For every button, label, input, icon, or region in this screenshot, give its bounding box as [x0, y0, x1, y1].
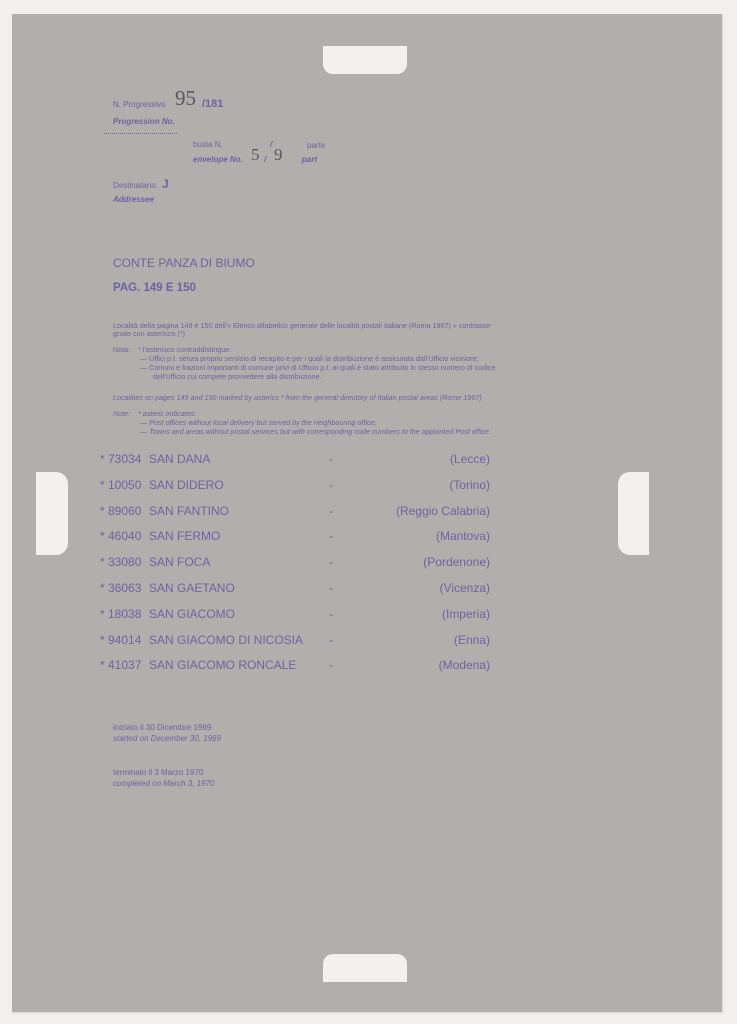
- binder-cutout-bottom: [323, 954, 407, 982]
- started-en: started on December 30, 1969: [113, 734, 221, 743]
- progressivo-total: /181: [202, 98, 223, 110]
- separator: -: [329, 452, 333, 466]
- busta-label-en: envelope No.: [193, 155, 243, 164]
- completed-en: completed on March 3, 1970: [113, 779, 214, 788]
- locality-name: SAN GIACOMO DI NICOSIA: [149, 633, 303, 647]
- completed-it: terminato il 3 Marzo 1970: [113, 768, 203, 777]
- list-item: * 73034 SAN DANA - (Lecce): [100, 452, 490, 478]
- progressivo-label-en: Progression No.: [113, 117, 175, 126]
- locality-name: SAN FOCA: [149, 555, 210, 569]
- province: (Lecce): [450, 452, 490, 466]
- province: (Reggio Calabria): [396, 504, 490, 518]
- list-item: * 18038 SAN GIACOMO - (Imperia): [100, 607, 490, 633]
- note-head-en: * asteric indicates:: [138, 409, 196, 418]
- province: (Vicenza): [440, 581, 490, 595]
- separator: -: [329, 633, 333, 647]
- postal-code: * 73034: [100, 452, 141, 466]
- separator: -: [329, 529, 333, 543]
- started-it: iniziato il 30 Dicembre 1969: [113, 723, 211, 732]
- note-item-1-en: — Post offices without local delivery bu…: [140, 418, 377, 427]
- intro-en: Localities on pages 149 and 150 marked b…: [113, 393, 482, 402]
- destinatario-value: J: [162, 177, 169, 191]
- list-item: * 10050 SAN DIDERO - (Torino): [100, 478, 490, 504]
- dotted-line: [104, 133, 177, 134]
- list-item: * 89060 SAN FANTINO - (Reggio Calabria): [100, 504, 490, 530]
- postal-code: * 36063: [100, 581, 141, 595]
- envelope-slash: /: [264, 155, 266, 164]
- note-item-2-en: — Towns and areas without postal service…: [140, 427, 491, 436]
- busta-label: busta N.: [193, 140, 223, 149]
- parte-label: parte: [307, 141, 325, 150]
- postal-code: * 10050: [100, 478, 141, 492]
- separator: -: [329, 581, 333, 595]
- binder-cutout-left: [36, 472, 68, 555]
- list-item: * 33080 SAN FOCA - (Pordenone): [100, 555, 490, 581]
- binder-cutout-top: [323, 46, 407, 74]
- postal-code: * 41037: [100, 658, 141, 672]
- postal-code: * 89060: [100, 504, 141, 518]
- separator: -: [329, 658, 333, 672]
- nota-head: * l'asterisco contraddistingue:: [138, 345, 231, 354]
- envelope-number: 5: [251, 145, 260, 165]
- postal-code: * 18038: [100, 607, 141, 621]
- locality-name: SAN GAETANO: [149, 581, 235, 595]
- province: (Pordenone): [423, 555, 490, 569]
- nota-item-2-line1: — Comuni e frazioni importanti di comune…: [140, 363, 495, 372]
- destinatario-label-en: Addressee: [113, 195, 154, 204]
- intro-it-line2: gnate con asterisco (*): [113, 329, 185, 338]
- postal-code: * 33080: [100, 555, 141, 569]
- localities-list: * 73034 SAN DANA - (Lecce) * 10050 SAN D…: [100, 452, 490, 684]
- separator: -: [329, 555, 333, 569]
- locality-name: SAN DANA: [149, 452, 210, 466]
- separator: -: [329, 607, 333, 621]
- separator: -: [329, 504, 333, 518]
- destinatario-label: Destinatario: [113, 181, 156, 190]
- binder-cutout-right: [618, 472, 649, 555]
- list-item: * 41037 SAN GIACOMO RONCALE - (Modena): [100, 658, 490, 684]
- locality-name: SAN DIDERO: [149, 478, 224, 492]
- list-item: * 46040 SAN FERMO - (Mantova): [100, 529, 490, 555]
- postal-code: * 46040: [100, 529, 141, 543]
- province: (Imperia): [442, 607, 490, 621]
- parte-label-en: part: [302, 155, 317, 164]
- province: (Enna): [454, 633, 490, 647]
- province: (Mantova): [436, 529, 490, 543]
- postal-code: * 94014: [100, 633, 141, 647]
- busta-slash: /: [270, 140, 272, 149]
- list-item: * 36063 SAN GAETANO - (Vicenza): [100, 581, 490, 607]
- separator: -: [329, 478, 333, 492]
- nota-item-1: — Uffici p.t. senza proprio servizio di …: [140, 354, 479, 363]
- province: (Torino): [449, 478, 490, 492]
- locality-name: SAN FANTINO: [149, 504, 229, 518]
- document-title: CONTE PANZA DI BIUMO: [113, 256, 255, 270]
- locality-name: SAN FERMO: [149, 529, 220, 543]
- nota-item-2-line2: dell'Ufficio cui compete provvedere alla…: [153, 372, 322, 381]
- locality-name: SAN GIACOMO: [149, 607, 235, 621]
- document-pages: PAG. 149 E 150: [113, 282, 196, 294]
- list-item: * 94014 SAN GIACOMO DI NICOSIA - (Enna): [100, 633, 490, 659]
- part-number: 9: [274, 145, 283, 165]
- province: (Modena): [439, 658, 490, 672]
- nota-label: Nota:: [113, 345, 130, 354]
- progressivo-label: N. Progressivo: [113, 100, 165, 109]
- progressivo-number: 95: [175, 86, 196, 111]
- locality-name: SAN GIACOMO RONCALE: [149, 658, 296, 672]
- note-label-en: Note:: [113, 409, 130, 418]
